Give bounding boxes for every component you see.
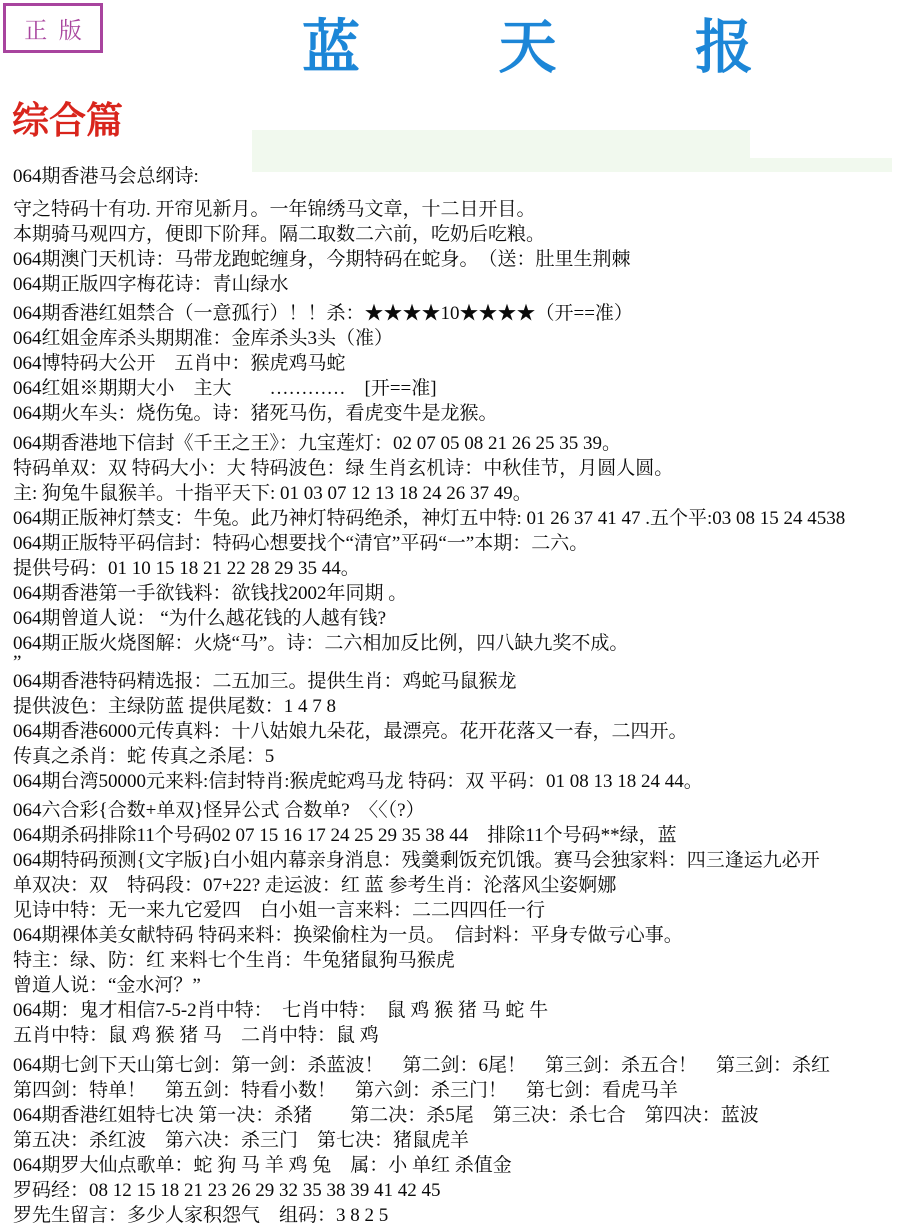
- report-line: 五肖中特：鼠 鸡 猴 猪 马 二肖中特：鼠 鸡: [13, 1023, 899, 1048]
- report-line: 064期香港红姐禁合（一意孤行）！！杀：★★★★10★★★★（开==准）: [13, 301, 899, 326]
- report-line: 064期七剑下天山第七剑：第一剑：杀蓝波！ 第二剑：6尾！ 第三剑：杀五合！ 第…: [13, 1053, 899, 1078]
- report-line: 064期澳门天机诗：马带龙跑蛇缠身，今期特码在蛇身。 （送：肚里生荆棘: [13, 247, 899, 272]
- report-line: 064期杀码排除11个号码02 07 15 16 17 24 25 29 35 …: [13, 823, 899, 848]
- report-line: 064期裸体美女献特码 特码来料：换梁偷柱为一员。 信封料：平身专做亏心事。: [13, 923, 899, 948]
- report-line: 064期火车头：烧伤兔。诗：猪死马伤，看虎变牛是龙猴。: [13, 401, 899, 426]
- newspaper-title: 蓝 天 报: [302, 16, 815, 80]
- authenticity-badge: 正 版: [3, 3, 103, 53]
- report-line: 单双决：双 特码段：07+22? 走运波：红 蓝 参考生肖：沦落风尘姿婀娜: [13, 873, 899, 898]
- report-line: 064红姐金库杀头期期准：金库杀头3头（准）: [13, 326, 899, 351]
- report-line: 064期特码预测{文字版}白小姐内幕亲身消息：残羹剩饭充饥饿。赛马会独家料：四三…: [13, 848, 899, 873]
- report-line: 主: 狗兔牛鼠猴羊。十指平天下: 01 03 07 12 13 18 24 26…: [13, 481, 899, 506]
- report-line: 传真之杀肖：蛇 传真之杀尾：5: [13, 744, 899, 769]
- report-line: 第四剑：特单！ 第五剑：特看小数！ 第六剑：杀三门！ 第七剑：看虎马羊: [13, 1078, 899, 1103]
- report-line: 守之特码十有功. 开帘见新月。一年锦绣马文章，十二日开目。: [13, 197, 899, 222]
- report-line: 见诗中特：无一来九它爱四 白小姐一言来料：二二四四任一行: [13, 898, 899, 923]
- report-line: 064期香港红姐特七决 第一决：杀猪 第二决：杀5尾 第三决：杀七合 第四决：蓝…: [13, 1103, 899, 1128]
- report-line: 064期香港6000元传真料：十八姑娘九朵花，最漂亮。花开花落又一春，二四开。: [13, 719, 899, 744]
- report-line: 提供号码：01 10 15 18 21 22 28 29 35 44。: [13, 556, 899, 581]
- report-line: 064六合彩{合数+单双}怪异公式 合数单? 〈〈（?）: [13, 798, 899, 823]
- report-line: 本期骑马观四方，便即下阶拜。隔二取数二六前，吃奶后吃粮。: [13, 222, 899, 247]
- authenticity-badge-label: 正 版: [24, 12, 82, 45]
- report-line: 特码单双：双 特码大小：大 特码波色：绿 生肖玄机诗：中秋佳节，月圆人圆。: [13, 456, 899, 481]
- report-line: ”: [13, 656, 899, 669]
- report-line: 第五决：杀红波 第六决：杀三门 第七决：猪鼠虎羊: [13, 1128, 899, 1153]
- report-line: 064博特码大公开 五肖中：猴虎鸡马蛇: [13, 351, 899, 376]
- report-line: 特主：绿、防：红 来料七个生肖：牛兔猪鼠狗马猴虎: [13, 948, 899, 973]
- report-line: 曾道人说：“金水河？”: [13, 973, 899, 998]
- report-line: 提供波色：主绿防蓝 提供尾数：1 4 7 8: [13, 694, 899, 719]
- report-line: 罗码经：08 12 15 18 21 23 26 29 32 35 38 39 …: [13, 1178, 899, 1203]
- report-line: 064红姐※期期大小 主大 ………… [开==准]: [13, 376, 899, 401]
- report-line: 064期香港特码精选报：二五加三。提供生肖：鸡蛇马鼠猴龙: [13, 669, 899, 694]
- report-line: 064期台湾50000元来料:信封特肖:猴虎蛇鸡马龙 特码：双 平码：01 08…: [13, 769, 899, 794]
- report-line: 064期：鬼才相信7-5-2肖中特： 七肖中特： 鼠 鸡 猴 猪 马 蛇 牛: [13, 998, 899, 1023]
- report-line: 064期正版火烧图解：火烧“马”。诗：二六相加反比例，四八缺九奖不成。: [13, 631, 899, 656]
- report-line: 064期正版四字梅花诗：青山绿水: [13, 272, 899, 297]
- report-line: 064期正版神灯禁支：牛兔。此乃神灯特码绝杀，神灯五中特: 01 26 37 4…: [13, 506, 899, 531]
- report-line: 064期香港第一手欲钱料：欲钱找2002年同期 。: [13, 581, 899, 606]
- report-line: 064期曾道人说： “为什么越花钱的人越有钱?: [13, 606, 899, 631]
- report-line: 064期正版特平码信封：特码心想要找个“清官”平码“一”本期：二六。: [13, 531, 899, 556]
- report-line: 064期罗大仙点歌单：蛇 狗 马 羊 鸡 兔 属：小 单红 杀值金: [13, 1153, 899, 1178]
- report-line: 罗先生留言：多少人家积怨气 组码：3 8 2 5: [13, 1203, 899, 1228]
- report-line: 064期香港地下信封《千王之王》：九宝莲灯：02 07 05 08 21 26 …: [13, 431, 899, 456]
- section-heading: 综合篇: [12, 90, 123, 144]
- report-body: 064期香港马会总纲诗:守之特码十有功. 开帘见新月。一年锦绣马文章，十二日开目…: [13, 164, 899, 1228]
- report-line: 064期香港马会总纲诗:: [13, 164, 899, 189]
